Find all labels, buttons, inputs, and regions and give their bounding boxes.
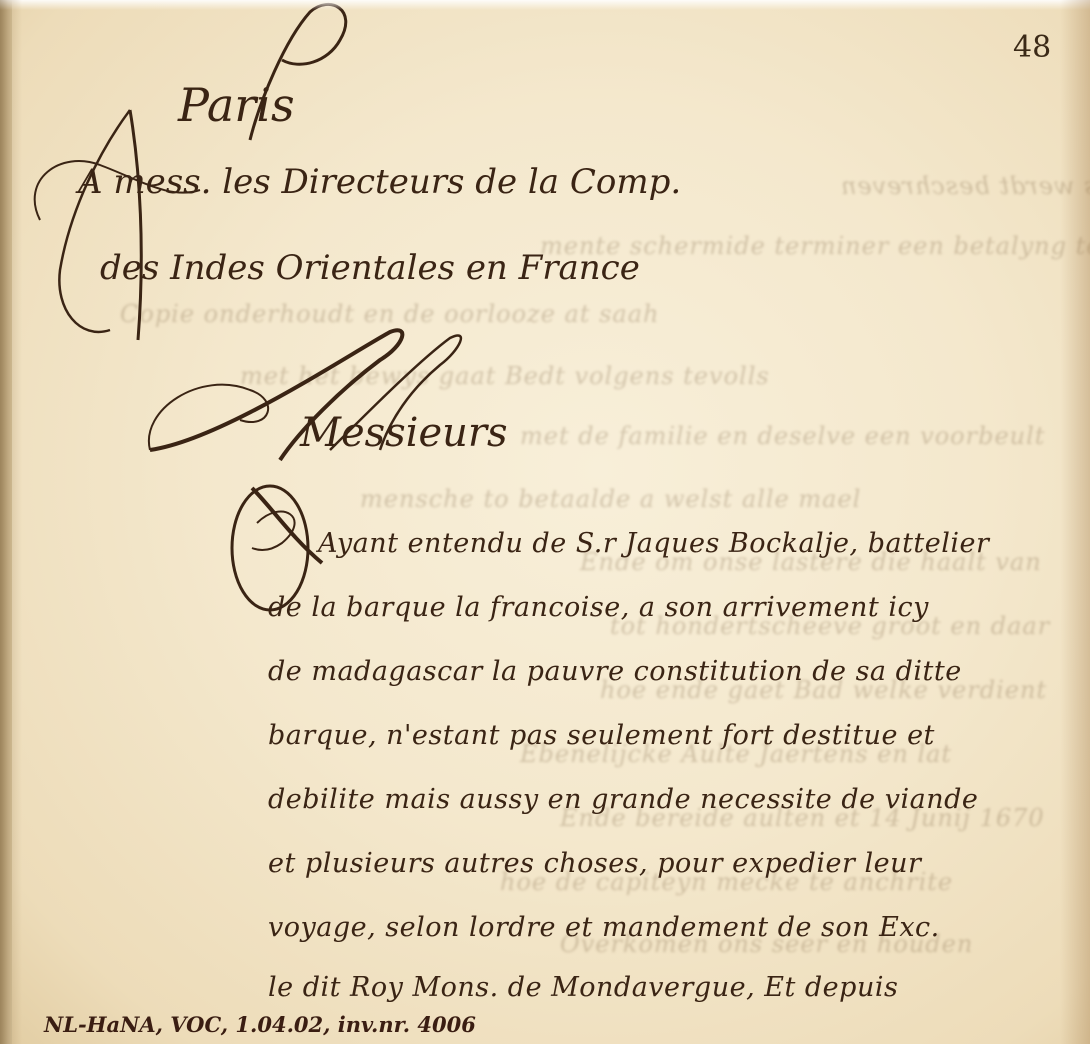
body-line: Ayant entendu de S.r Jaques Bockalje, ba… <box>318 528 989 559</box>
body-line: et plusieurs autres choses, pour expedie… <box>268 848 921 879</box>
bleed-through-line: met de familie en deselve een voorbeult <box>520 422 1045 450</box>
heading-place: Paris <box>178 78 295 132</box>
bleed-through-line: a reckenen gents werdt beschreven <box>840 172 1090 200</box>
page-number: 48 <box>1013 30 1051 65</box>
bleed-through-line: mensche to betaalde a welst alle mael <box>360 485 861 513</box>
archive-reference-caption: NL-HaNA, VOC, 1.04.02, inv.nr. 4006 <box>44 1012 476 1037</box>
salutation: Messieurs <box>300 410 508 456</box>
body-line: de madagascar la pauvre constitution de … <box>268 656 962 687</box>
body-line: de la barque la francoise, a son arrivem… <box>268 592 929 623</box>
body-line: debilite mais aussy en grande necessite … <box>268 784 978 815</box>
address-line-1: A mess. les Directeurs de la Comp. <box>78 162 681 202</box>
body-line: voyage, selon lordre et mandement de son… <box>268 912 940 943</box>
book-spine-edge <box>0 0 12 1044</box>
manuscript-page: a reckenen gents werdt beschreven mente … <box>0 0 1090 1044</box>
body-line: barque, n'estant pas seulement fort dest… <box>268 720 935 751</box>
address-line-2: des Indes Orientales en France <box>100 248 640 288</box>
body-line: le dit Roy Mons. de Mondavergue, Et depu… <box>268 972 898 1003</box>
